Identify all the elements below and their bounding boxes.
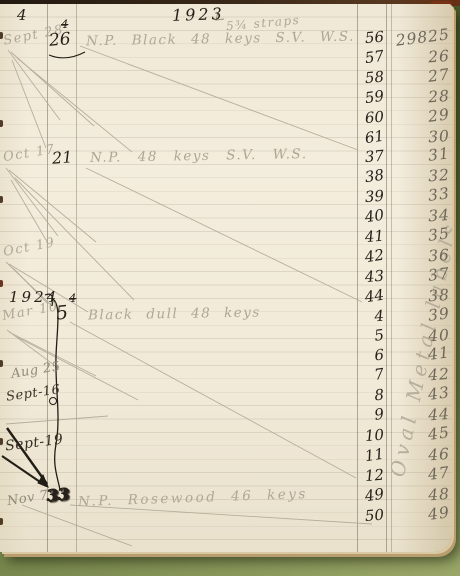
photo-background: { "ledger": { "page_number": "4", "year_… [0, 0, 460, 576]
serial-number: 49 [387, 503, 451, 528]
serial-number-column: 2982526272829303132333435363738394041424… [0, 4, 452, 552]
ledger-page: 4 1923 5¾ straps Sept 28 4 26 N.P. Black… [0, 4, 452, 552]
